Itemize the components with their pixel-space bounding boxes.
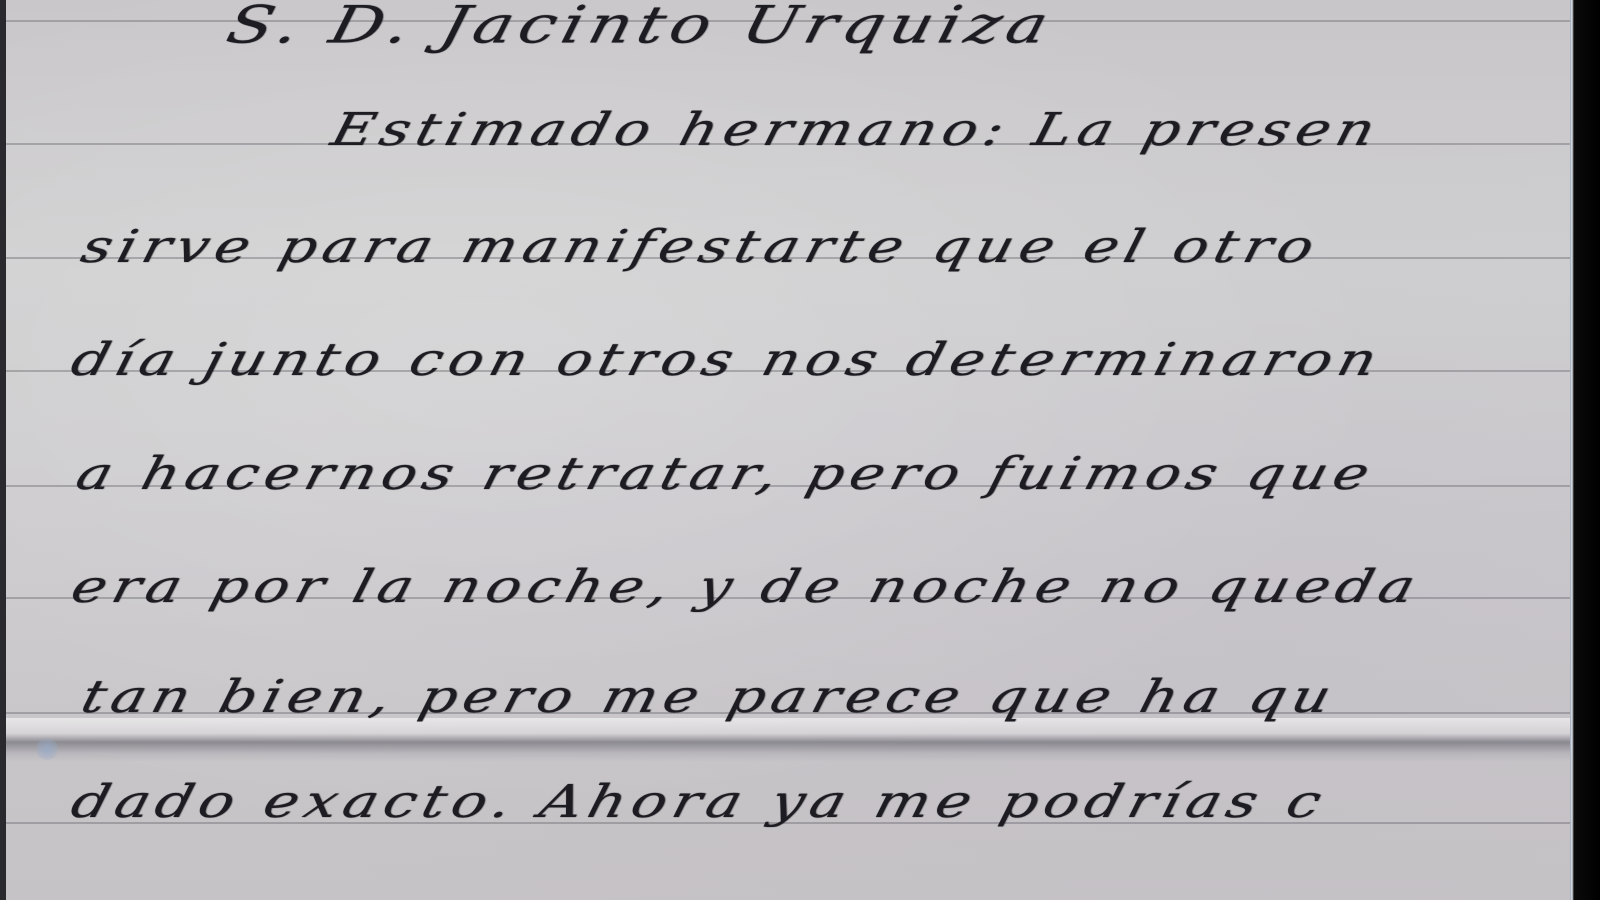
body-line-6: dado exacto. Ahora ya me podrías c: [66, 775, 1333, 828]
paper-stain: [36, 738, 58, 760]
greeting-line: Estimado hermano: La presen: [326, 103, 1387, 156]
body-line-4: era por la noche, y de noche no queda: [66, 560, 1427, 613]
letter-page: S. D. Jacinto Urquiza Estimado hermano: …: [6, 0, 1570, 900]
body-line-5: tan bien, pero me parece que ha qu: [76, 670, 1343, 723]
paper-fold-crease: [6, 718, 1570, 762]
scan-border-right: [1570, 0, 1600, 900]
scan-border-left: [0, 0, 6, 900]
body-line-2: día junto con otros nos determinaron: [66, 333, 1388, 386]
body-line-3: a hacernos retratar, pero fuimos que: [71, 447, 1381, 500]
salutation-addressee: S. D. Jacinto Urquiza: [221, 0, 1060, 55]
body-line-1: sirve para manifestarte que el otro: [76, 220, 1325, 273]
